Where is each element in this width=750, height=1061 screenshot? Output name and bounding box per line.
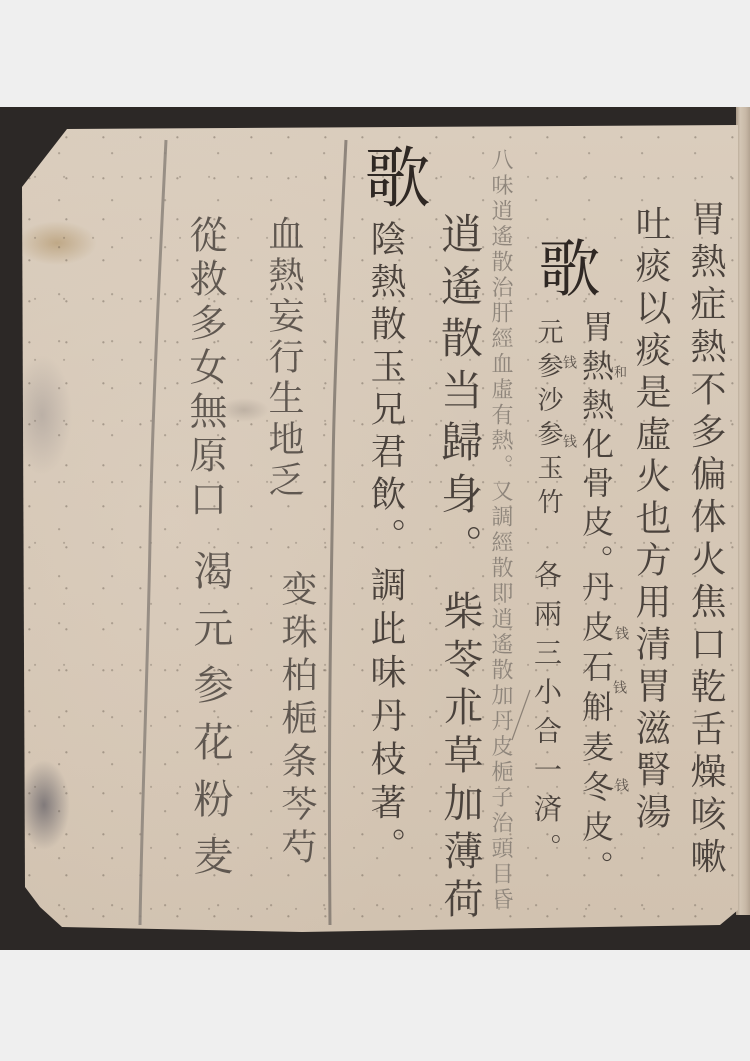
- text-column-7b: 变珠柏梔条芩芍: [278, 570, 314, 871]
- text-column-5a: 逍遙散当歸身。: [438, 212, 480, 576]
- faint-annotation-column: 八味逍遙散治肝經血虛有熱。又調經散即逍遙散加丹皮梔子治頭目昏: [489, 148, 511, 913]
- text-column-7a: 血熱妄行生地乏: [265, 215, 301, 502]
- text-column-8a: 從救多女無原口: [186, 215, 224, 523]
- verse-line-1a: 胃熱熱化骨皮。: [580, 310, 612, 583]
- marginal-note: 钱: [562, 434, 576, 448]
- dosage-line-a: 元参沙参玉竹: [535, 318, 561, 522]
- text-column-8b: 渴元参花粉麦: [190, 550, 230, 892]
- adjacent-page-edge: [736, 107, 750, 915]
- marginal-note: 和: [612, 365, 625, 378]
- dosage-line-b: 各兩三小合一済。: [532, 560, 560, 872]
- verse-line-2a: 陰熱散玉兄君飲。: [367, 220, 403, 560]
- verse-line-1b: 丹皮石斛麦冬皮。: [580, 570, 612, 890]
- verse-line-2b: 調此味丹枝著。: [367, 566, 403, 871]
- marginal-note: 钱: [612, 680, 626, 694]
- text-column-2: 吐痰以痰是虛火也方用清胃滋腎湯: [632, 205, 668, 835]
- text-column-1: 胃熱症熱不多偏体火焦口乾舌燥咳嗽: [687, 200, 723, 880]
- verse-heading-ge-1: 歌: [533, 236, 595, 298]
- marginal-note: 钱: [614, 626, 628, 640]
- marginal-note: 钱: [562, 355, 576, 369]
- text-column-5b: 柴苓朮草加薄荷: [440, 590, 480, 926]
- verse-heading-ge-2: 歌: [358, 143, 424, 209]
- marginal-note: 钱: [614, 778, 628, 792]
